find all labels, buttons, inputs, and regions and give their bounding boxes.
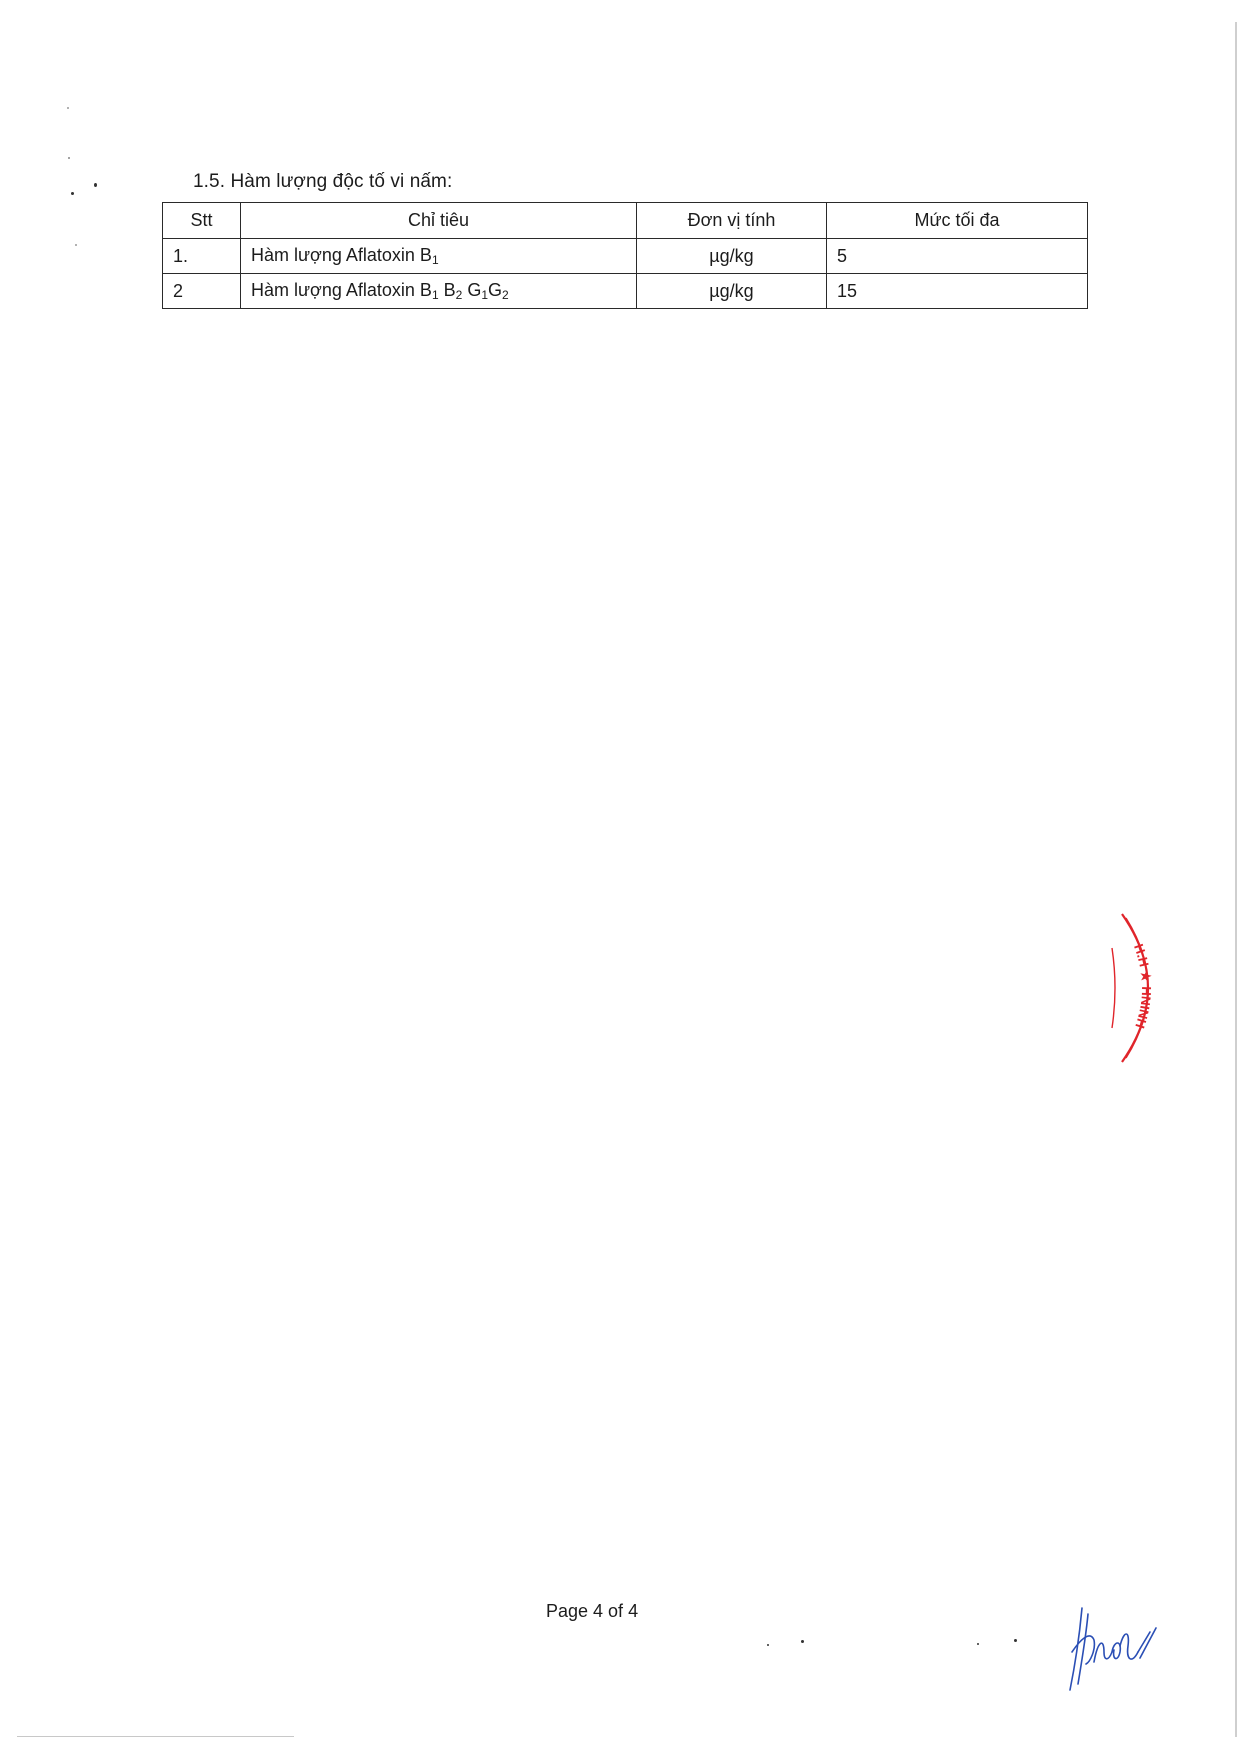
cell-unit: µg/kg (637, 274, 827, 309)
signature-icon (1060, 1600, 1170, 1700)
seal-stamp-icon: H.H ★ HNINH (1108, 908, 1168, 1068)
mycotoxin-table: Stt Chỉ tiêu Đơn vị tính Mức tối đa 1.Hà… (162, 202, 1088, 309)
cell-criterion: Hàm lượng Aflatoxin B1 B2 G1G2 (241, 274, 637, 309)
scan-speck (94, 183, 97, 187)
cell-stt: 1. (163, 239, 241, 274)
svg-text:H.H ★ HNINH: H.H ★ HNINH (1131, 942, 1154, 1030)
scan-speck (67, 107, 69, 109)
scan-speck (71, 192, 74, 195)
header-criterion: Chỉ tiêu (241, 203, 637, 239)
scan-edge-bottom (17, 1736, 294, 1737)
table-row: 1.Hàm lượng Aflatoxin B1µg/kg5 (163, 239, 1088, 274)
header-stt: Stt (163, 203, 241, 239)
cell-unit: µg/kg (637, 239, 827, 274)
scan-speck (68, 157, 70, 159)
header-max-level: Mức tối đa (827, 203, 1088, 239)
header-unit: Đơn vị tính (637, 203, 827, 239)
section-heading: 1.5. Hàm lượng độc tố vi nấm: (193, 171, 452, 193)
page-number: Page 4 of 4 (546, 1601, 638, 1622)
table-header-row: Stt Chỉ tiêu Đơn vị tính Mức tối đa (163, 203, 1088, 239)
cell-stt: 2 (163, 274, 241, 309)
cell-criterion: Hàm lượng Aflatoxin B1 (241, 239, 637, 274)
scan-speck (767, 1644, 769, 1646)
scan-speck (977, 1643, 979, 1645)
scan-speck (75, 244, 77, 246)
scan-edge-right (1235, 22, 1237, 1737)
scan-speck (1014, 1639, 1017, 1642)
cell-max-level: 15 (827, 274, 1088, 309)
table-row: 2Hàm lượng Aflatoxin B1 B2 G1G2µg/kg15 (163, 274, 1088, 309)
document-page: 1.5. Hàm lượng độc tố vi nấm: Stt Chỉ ti… (0, 0, 1241, 1755)
scan-speck (801, 1640, 804, 1643)
cell-max-level: 5 (827, 239, 1088, 274)
